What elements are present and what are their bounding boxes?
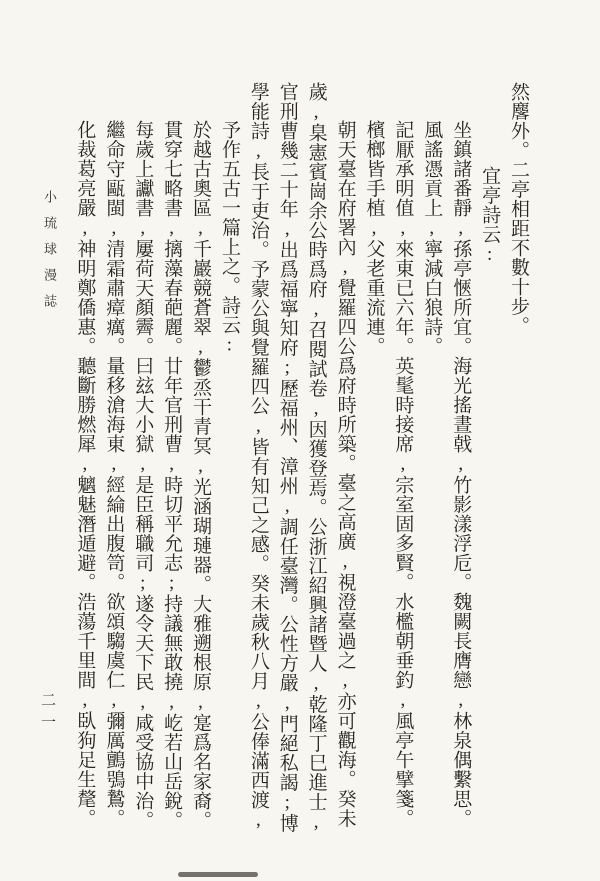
text-column: 化裁葛亮嚴,神明鄭僑惠。聽斷勝燃犀,魑魅潛遁避。浩蕩千里間,臥狗足生氂。 (70, 82, 99, 844)
text-column: 貫穿七略書,摛藻春葩麗。廿年官刑曹,時切平允志;持議無敢撓,屹若山岳銳。 (156, 82, 185, 844)
book-title-margin: 小琉球漫誌 (40, 190, 59, 320)
text-column: 宜亭詩云: (474, 82, 503, 844)
text-column: 予作五古一篇上之。詩云: (214, 82, 243, 844)
scanned-page: 然麐外。二亭相距不數十步。 宜亭詩云: 坐鎮諸番靜,孫亭愜所宜。海光搖晝戟,竹影… (0, 0, 600, 881)
text-column: 風謠憑貢上,寧減白狼詩。 (416, 82, 445, 844)
text-column: 坐鎮諸番靜,孫亭愜所宜。海光搖晝戟,竹影漾浮卮。魏闕長膺戀,林泉偶繫思。 (445, 82, 474, 844)
text-column: 學能詩,長于吏治。予蒙公與覺羅四公,皆有知己之感。癸未歲秋八月,公俸滿西渡, (243, 82, 272, 844)
page-number: 二一 (37, 692, 58, 736)
text-column: 歲,臬憲賓崗余公時爲府,召閱試卷,因獲登焉。公浙江紹興諸暨人,乾隆丁巳進士, (301, 82, 330, 844)
text-block: 然麐外。二亭相距不數十步。 宜亭詩云: 坐鎮諸番靜,孫亭愜所宜。海光搖晝戟,竹影… (66, 82, 532, 844)
text-column: 繼命守甌閩,清霜肅瘴癘。量移滄海東,經綸出腹笥。欲頌騶虞仁,彌厲鸇鴞鷙。 (98, 82, 127, 844)
text-column: 朝天臺在府署內,覺羅四公爲府時所築。臺之高廣,視澄臺過之,亦可觀海。癸未 (330, 82, 359, 844)
scan-artifact (178, 872, 258, 877)
text-column: 檳榔皆手植,父老重流連。 (359, 82, 388, 844)
text-column: 於越古奧區,千巖競蒼翠,鬱烝干青冥,光涵瑚璉器。大雅遡根原,寔爲名家裔。 (185, 82, 214, 844)
text-column: 記厭承明值,來東已六年。英髦時接席,宗室固多賢。水檻朝垂釣,風亭午擘箋。 (387, 82, 416, 844)
text-column: 每歲上讞書,屢荷天顏霽。曰玆大小獄,是臣稱職司;遂令天下民,咸受協中治。 (127, 82, 156, 844)
text-column: 然麐外。二亭相距不數十步。 (503, 82, 532, 844)
text-column: 官刑曹幾二十年,出爲福寧知府;歷福州、漳州,調任臺灣。公性方嚴,門絕私謁;博 (272, 82, 301, 844)
